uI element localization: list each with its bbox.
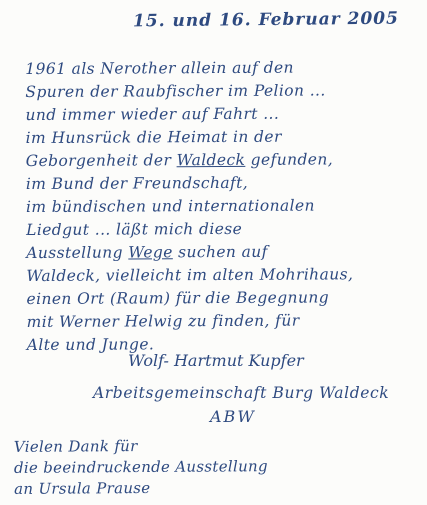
body-line: Ausstellung Wege suchen auf xyxy=(26,240,416,265)
body-line-text: Geborgenheit der xyxy=(26,151,177,170)
postscript: Vielen Dank für die beeindruckende Ausst… xyxy=(14,435,268,500)
signature-name: Wolf- Hartmut Kupfer xyxy=(128,351,304,370)
postscript-line: die beeindruckende Ausstellung xyxy=(14,456,268,479)
body-line: im Bund der Freundschaft, xyxy=(26,171,416,196)
body-line: und immer wieder auf Fahrt ... xyxy=(25,102,415,127)
signature-abbreviation: ABW xyxy=(210,407,256,426)
body-line: Spuren der Raubfischer im Pelion ... xyxy=(25,79,415,104)
body-line-text: Ausstellung xyxy=(26,243,128,262)
underlined-word: Wege xyxy=(128,243,173,261)
body-line: einen Ort (Raum) für die Begegnung xyxy=(26,286,416,311)
body-line-text: suchen auf xyxy=(173,243,268,261)
body-line: Geborgenheit der Waldeck gefunden, xyxy=(26,148,416,173)
body-line: im bündischen und internationalen xyxy=(26,194,416,219)
body-line: mit Werner Helwig zu finden, für xyxy=(27,309,417,334)
postscript-line: an Ursula Prause xyxy=(14,477,268,500)
body-line: im Hunsrück die Heimat in der xyxy=(26,125,416,150)
signature-organization: Arbeitsgemeinschaft Burg Waldeck xyxy=(93,384,389,402)
body-line-text: gefunden, xyxy=(245,150,333,168)
body-line: Liedgut ... läßt mich diese xyxy=(26,217,416,242)
body-line: 1961 als Nerother allein auf den xyxy=(25,56,415,81)
date-line: 15. und 16. Februar 2005 xyxy=(133,9,399,32)
underlined-word: Waldeck xyxy=(177,151,246,169)
body-paragraph: 1961 als Nerother allein auf den Spuren … xyxy=(25,56,417,357)
scanned-handwritten-page: 15. und 16. Februar 2005 1961 als Neroth… xyxy=(0,0,427,505)
body-line: Waldeck, vielleicht im alten Mohrihaus, xyxy=(26,263,416,288)
postscript-line: Vielen Dank für xyxy=(14,435,268,458)
